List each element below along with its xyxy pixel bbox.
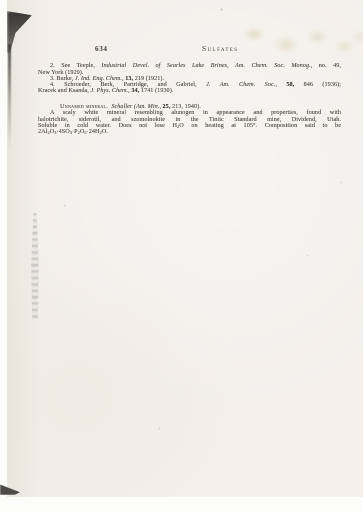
reference-2-line-1: 2. See Teeple, Industrial Devel. of Sear…	[50, 62, 341, 69]
paper-specks	[7, 0, 8, 1]
book-page: 634 Sulfates 2. See Teeple, Industrial D…	[7, 0, 363, 497]
entry-formula-line: 2Al2O3·4SO3·P2O5·24H2O.	[38, 128, 108, 136]
page-number: 634	[95, 45, 108, 53]
document-scan: 634 Sulfates 2. See Teeple, Industrial D…	[0, 0, 363, 512]
page-fold-crease	[8, 44, 11, 149]
margin-ink-smudge	[31, 213, 39, 319]
ink-bleedthrough-marks	[239, 16, 363, 68]
running-head-title: Sulfates	[202, 44, 238, 53]
reference-4-line-2: Kracek and Ksanda, J. Phys. Chem., 34, 1…	[38, 87, 173, 94]
